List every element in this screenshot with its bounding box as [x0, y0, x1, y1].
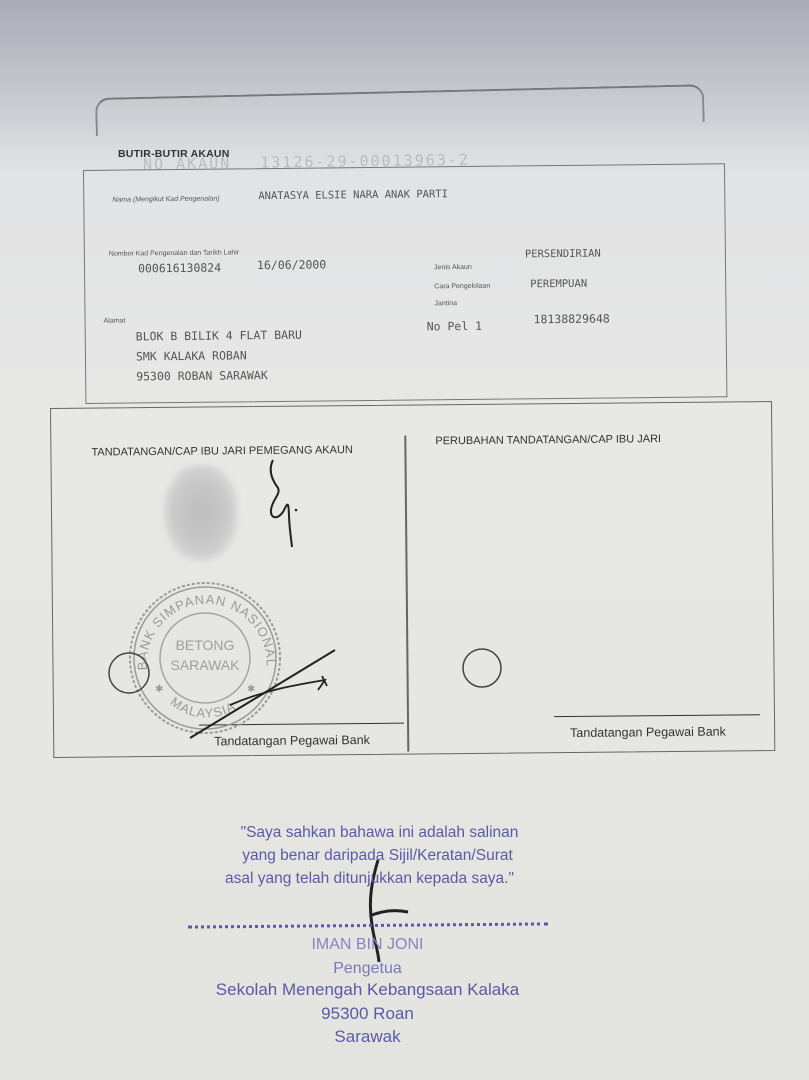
scanned-document: BUTIR-BUTIR AKAUN NO AKAUN 13126-29-0001… [0, 0, 809, 1080]
account-type-value: PERSENDIRIAN [525, 248, 601, 261]
signature-dotted-line [188, 922, 548, 932]
stamp-center-line-2: SARAWAK [171, 657, 241, 673]
right-signature-line [554, 714, 760, 717]
change-signature-heading: PERUBAHAN TANDATANGAN/CAP IBU JARI [435, 433, 661, 447]
institution-state: Sarawak [0, 1027, 735, 1047]
gender-value: PEREMPUAN [530, 278, 587, 291]
thumbprint [165, 465, 237, 560]
statement-line-2: yang benar daripada Sijil/Keratan/Surat [0, 847, 745, 865]
ic-value: 000616130824 [138, 261, 221, 276]
signer-name: IMAN BIN JONI [0, 936, 735, 954]
statement-line-3: asal yang telah ditunjukkan kepada saya.… [0, 870, 737, 888]
holder-signature-heading: TANDATANGAN/CAP IBU JARI PEMEGANG AKAUN [91, 444, 353, 459]
ic-label: Nombor Kad Pengenalan dan Tarikh Lahir [109, 249, 239, 257]
phone-value: 18138829648 [534, 311, 610, 326]
stamp-center-line-1: BETONG [176, 637, 235, 653]
management-label: Cara Pengelolaan [434, 283, 490, 291]
stamp-bottom-text: MALAYSIA [168, 694, 239, 721]
right-bank-officer-caption: Tandatangan Pegawai Bank [570, 725, 726, 740]
svg-text:✱: ✱ [247, 684, 255, 695]
statement-line-1: "Saya sahkan bahawa ini adalah salinan [0, 824, 747, 842]
dob-value: 16/06/2000 [257, 257, 326, 272]
svg-text:MALAYSIA: MALAYSIA [168, 694, 239, 721]
address-line-3: 95300 ROBAN SARAWAK [136, 368, 268, 383]
name-value: ANATASYA ELSIE NARA ANAK PARTI [258, 188, 448, 202]
account-details-box: Nama (Mengikut Kad Pengenalan) ANATASYA … [83, 163, 727, 404]
institution-name: Sekolah Menengah Kebangsaan Kalaka [0, 980, 735, 1000]
gender-label: Jantina [434, 300, 457, 307]
address-label: Alamat [104, 318, 126, 325]
svg-text:✱: ✱ [155, 684, 163, 695]
signature-divider [404, 436, 409, 752]
name-label: Nama (Mengikut Kad Pengenalan) [112, 196, 219, 204]
account-type-label: Jenis Akaun [434, 264, 472, 271]
bank-stamp: BANK SIMPANAN NASIONAL MALAYSIA BETONG S… [125, 578, 285, 738]
address-line-2: SMK KALAKA ROBAN [136, 348, 247, 363]
institution-postcode: 95300 Roan [0, 1004, 735, 1024]
signer-title: Pengetua [0, 960, 735, 978]
address-line-1: BLOK B BILIK 4 FLAT BARU [136, 328, 302, 344]
phone-label: No Pel 1 [427, 319, 483, 334]
passbook-top-edge [95, 84, 705, 136]
